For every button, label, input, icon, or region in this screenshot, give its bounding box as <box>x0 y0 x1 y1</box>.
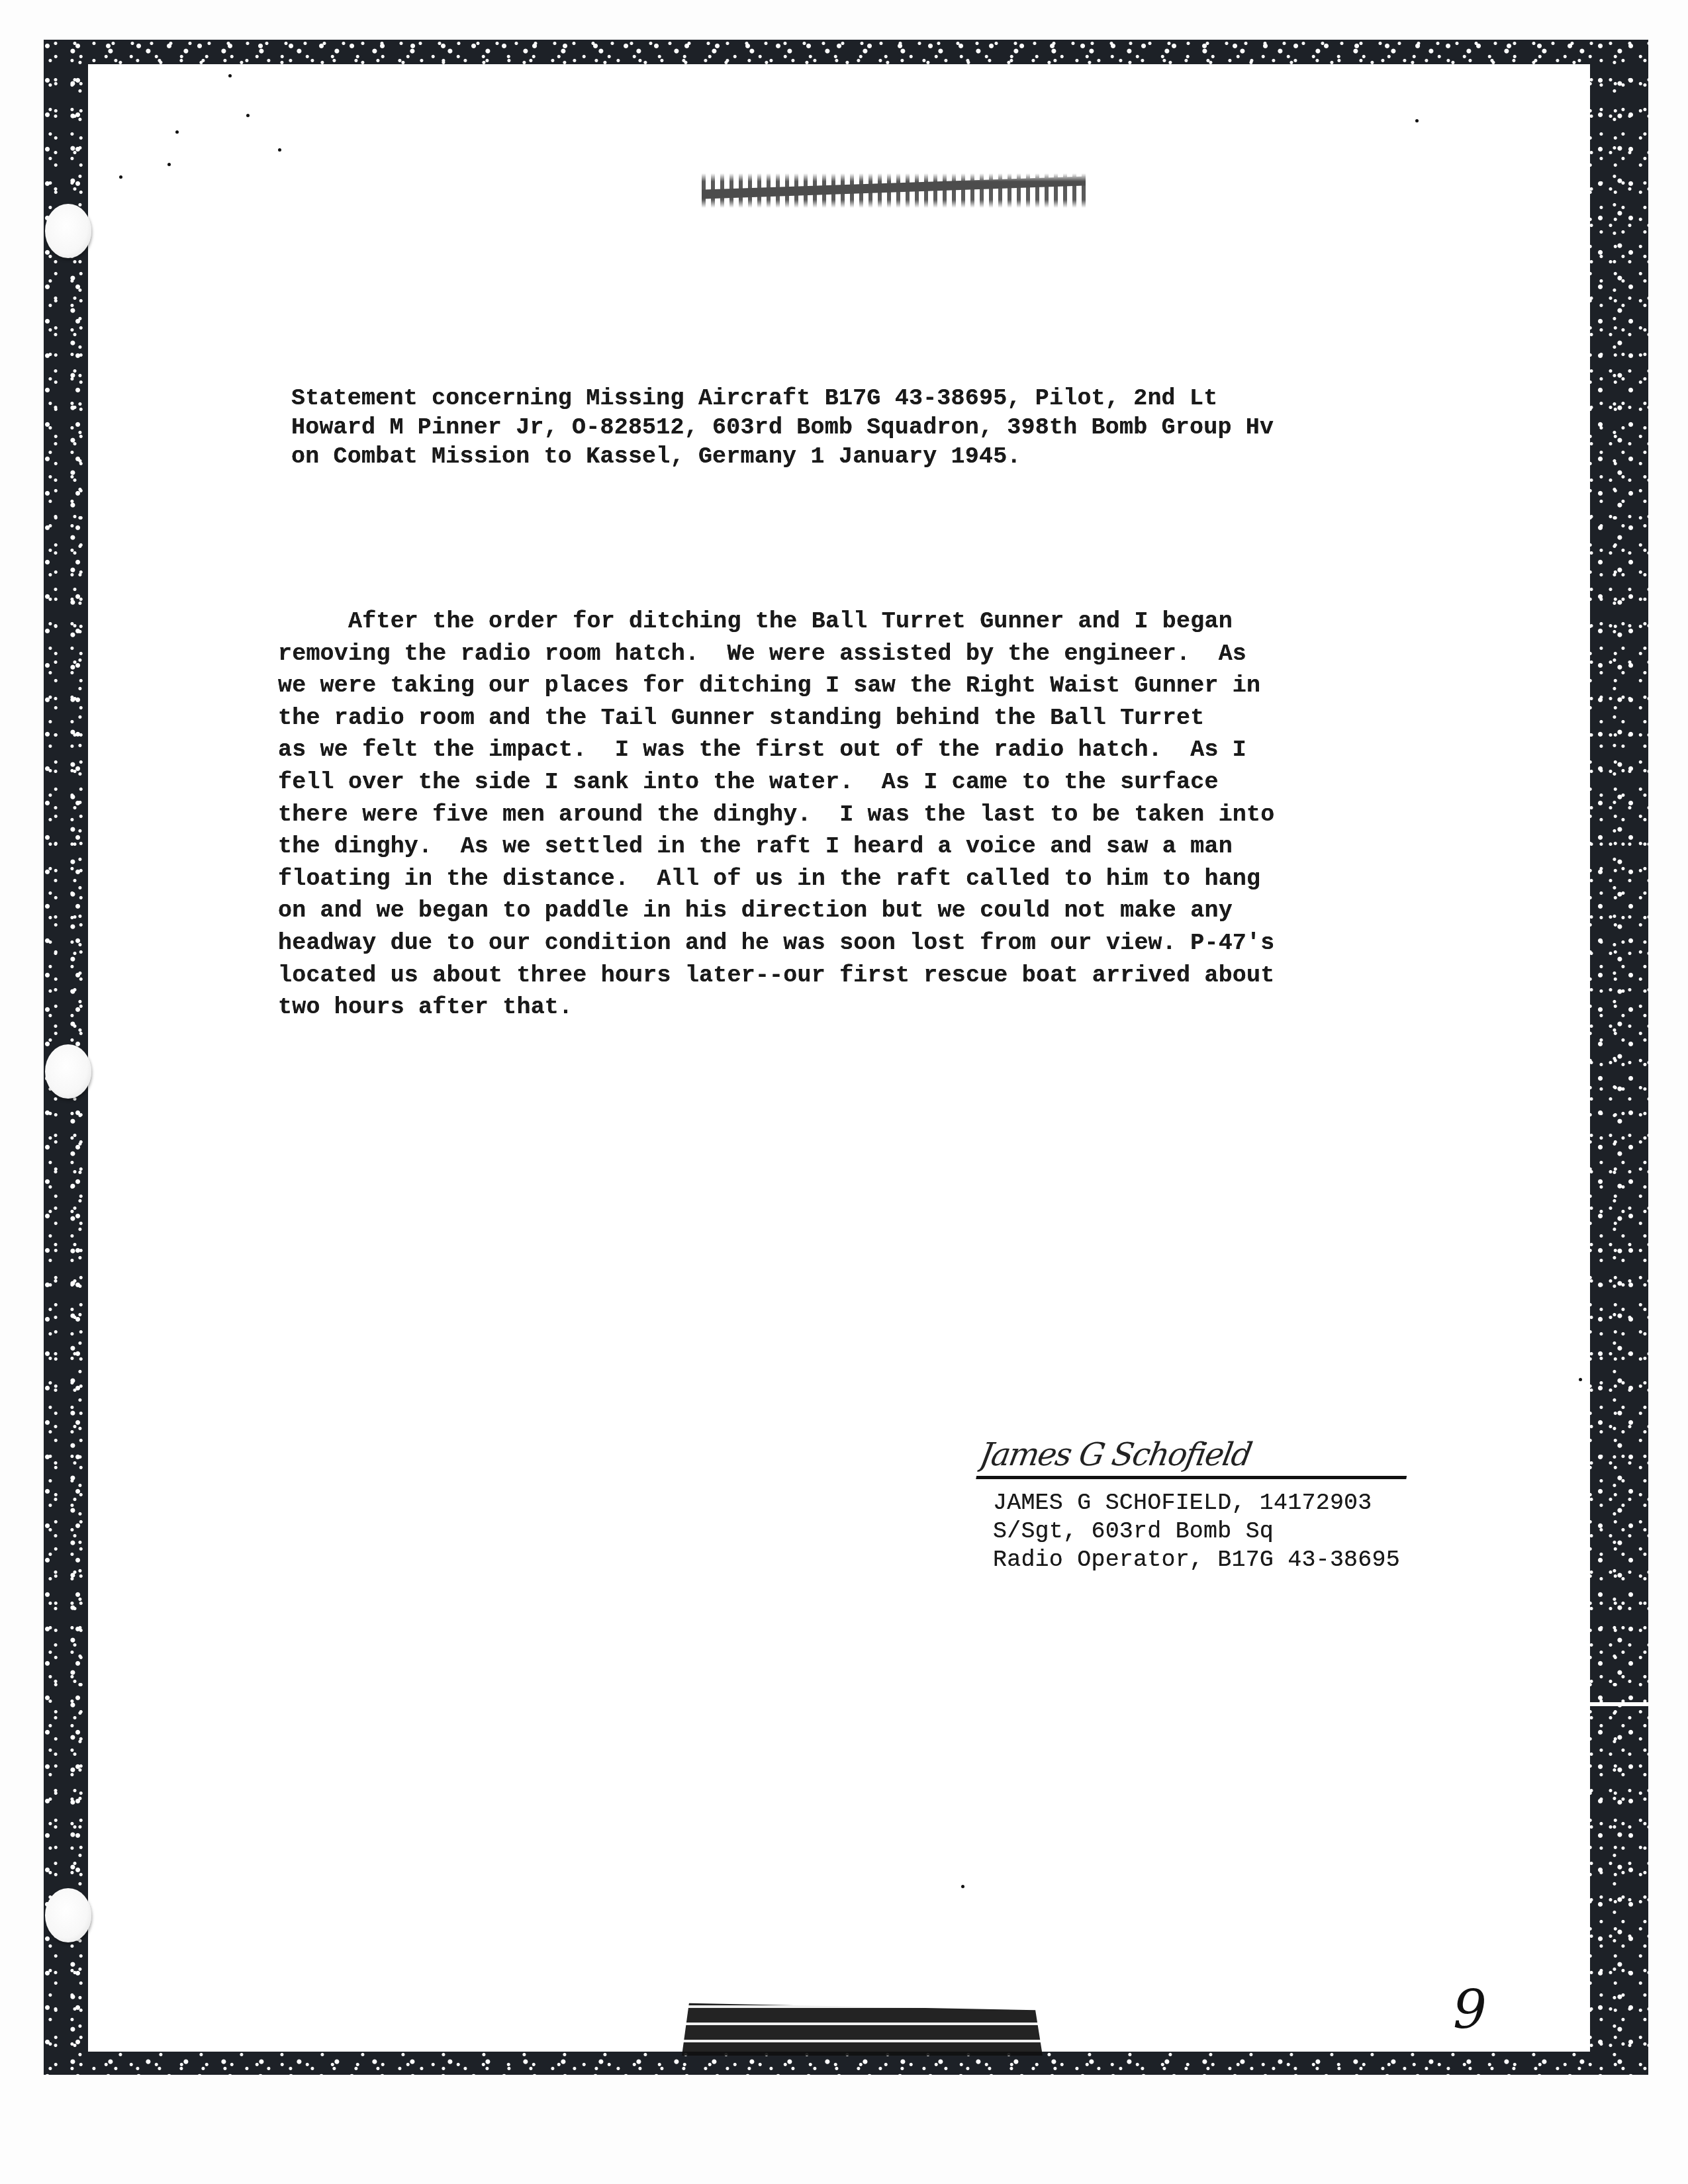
body-line: there were five men around the dinghy. I… <box>278 799 1274 831</box>
header-line: Statement concerning Missing Aircraft B1… <box>291 384 1274 413</box>
statement-body: After the order for ditching the Ball Tu… <box>278 606 1274 1024</box>
scan-speck <box>167 163 171 166</box>
body-line: headway due to our condition and he was … <box>278 927 1274 960</box>
scan-speck <box>246 114 250 117</box>
redacted-stamp-top <box>702 158 1086 210</box>
body-line: floating in the distance. All of us in t… <box>278 863 1274 895</box>
body-line: the dinghy. As we settled in the raft I … <box>278 831 1274 863</box>
scan-speck <box>1415 119 1419 122</box>
body-line: as we felt the impact. I was the first o… <box>278 734 1274 766</box>
scan-speck <box>175 130 179 134</box>
scan-speck <box>1579 1378 1582 1381</box>
handwritten-signature: James G Schofield <box>976 1436 1413 1479</box>
body-line: the radio room and the Tail Gunner stand… <box>278 702 1274 735</box>
scan-speck <box>119 175 122 179</box>
page-body <box>88 64 1590 2052</box>
punch-hole-icon <box>45 204 91 258</box>
page-number: 9 <box>1453 1979 1487 2040</box>
scanned-page: Statement concerning Missing Aircraft B1… <box>0 0 1688 2184</box>
body-line: After the order for ditching the Ball Tu… <box>278 606 1274 638</box>
punch-hole-icon <box>45 1888 91 1942</box>
scan-speck <box>961 1885 964 1888</box>
signer-role: Radio Operator, B17G 43-38695 <box>993 1546 1400 1574</box>
border-gap <box>1590 1702 1648 1706</box>
body-line: removing the radio room hatch. We were a… <box>278 638 1274 670</box>
body-line: we were taking our places for ditching I… <box>278 670 1274 702</box>
header-line: on Combat Mission to Kassel, Germany 1 J… <box>291 442 1274 471</box>
body-line: located us about three hours later--our … <box>278 960 1274 992</box>
signer-name: JAMES G SCHOFIELD, 14172903 <box>993 1489 1400 1518</box>
scan-speck <box>278 148 281 152</box>
scan-speck <box>228 74 232 77</box>
body-line: two hours after that. <box>278 991 1274 1024</box>
header-line: Howard M Pinner Jr, O-828512, 603rd Bomb… <box>291 413 1274 442</box>
body-line: on and we began to paddle in his directi… <box>278 895 1274 927</box>
punch-hole-icon <box>45 1044 91 1099</box>
signer-rank: S/Sgt, 603rd Bomb Sq <box>993 1518 1400 1546</box>
body-line: fell over the side I sank into the water… <box>278 766 1274 799</box>
statement-header: Statement concerning Missing Aircraft B1… <box>291 384 1274 471</box>
signature-block: JAMES G SCHOFIELD, 14172903S/Sgt, 603rd … <box>993 1489 1400 1574</box>
